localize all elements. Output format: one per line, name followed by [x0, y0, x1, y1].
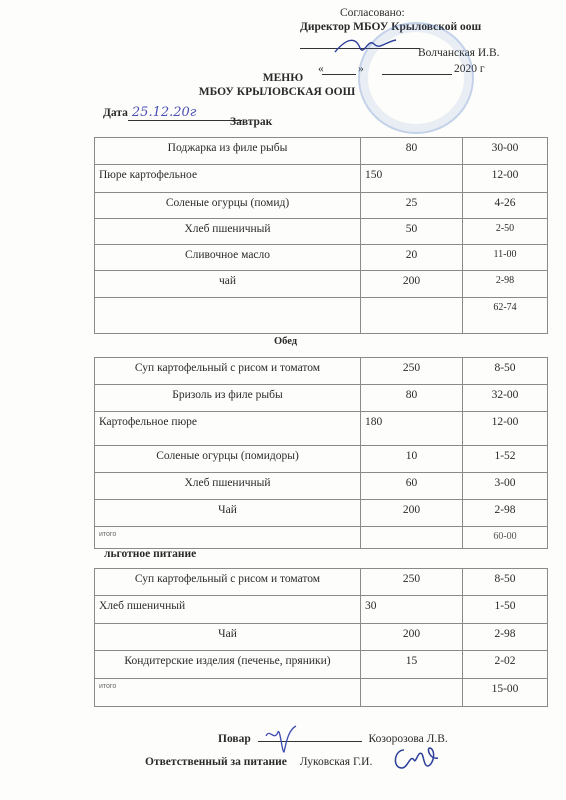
- table-row: Чай 200 2-98: [95, 500, 548, 527]
- dish-name: Соленые огурцы (помидоры): [95, 446, 361, 473]
- dish-price: 4-26: [463, 193, 548, 219]
- dish-price: 8-50: [463, 569, 548, 596]
- dish-qty: 80: [361, 138, 463, 165]
- dish-price: 2-98: [463, 271, 548, 298]
- responsible-signature-icon: [390, 744, 442, 774]
- dish-name: Суп картофельный с рисом и томатом: [95, 358, 361, 385]
- dish-qty: 10: [361, 446, 463, 473]
- dish-qty: 200: [361, 271, 463, 298]
- dish-qty: 80: [361, 385, 463, 412]
- breakfast-title: Завтрак: [230, 116, 272, 128]
- total-label: итого: [95, 527, 361, 549]
- table-row: чай 200 2-98: [95, 271, 548, 298]
- dish-qty: 25: [361, 193, 463, 219]
- dish-name: Сливочное масло: [95, 245, 361, 271]
- dish-name: [95, 298, 361, 334]
- dish-name: Чай: [95, 624, 361, 651]
- dish-qty: 200: [361, 500, 463, 527]
- dish-qty: [361, 527, 463, 549]
- total-price: 60-00: [463, 527, 548, 549]
- table-row: Пюре картофельное 150 12-00: [95, 165, 548, 193]
- dish-price: 2-02: [463, 651, 548, 679]
- date-row: Дата25.12.20г: [103, 105, 242, 121]
- dish-qty: 250: [361, 358, 463, 385]
- menu-title: МЕНЮ: [0, 72, 566, 84]
- table-row: Хлеб пшеничный 30 1-50: [95, 596, 548, 624]
- dish-name: Хлеб пшеничный: [95, 219, 361, 245]
- table-row: Поджарка из филе рыбы 80 30-00: [95, 138, 548, 165]
- approval-title: Согласовано:: [340, 6, 405, 20]
- dish-name: Чай: [95, 500, 361, 527]
- dish-price: 2-50: [463, 219, 548, 245]
- dish-qty: [361, 679, 463, 707]
- table-row: Хлеб пшеничный 50 2-50: [95, 219, 548, 245]
- dish-qty: 150: [361, 165, 463, 193]
- dish-name: Пюре картофельное: [95, 165, 361, 193]
- dish-price: 3-00: [463, 473, 548, 500]
- dish-qty: 200: [361, 624, 463, 651]
- subsidized-table: Суп картофельный с рисом и томатом 250 8…: [94, 568, 548, 707]
- dish-name: чай: [95, 271, 361, 298]
- subsidized-title: льготное питание: [104, 548, 196, 560]
- dish-price: 8-50: [463, 358, 548, 385]
- table-row: Чай 200 2-98: [95, 624, 548, 651]
- table-row: Кондитерские изделия (печенье, пряники) …: [95, 651, 548, 679]
- total-price: 15-00: [463, 679, 548, 707]
- table-row: Соленые огурцы (помидоры) 10 1-52: [95, 446, 548, 473]
- responsible-label: Ответственный за питание: [145, 756, 287, 768]
- dish-qty: 50: [361, 219, 463, 245]
- dish-price: 12-00: [463, 165, 548, 193]
- dish-qty: 20: [361, 245, 463, 271]
- table-row: Картофельное пюре 180 12-00: [95, 412, 548, 446]
- total-label: итого: [95, 679, 361, 707]
- dish-price: 2-98: [463, 624, 548, 651]
- dish-qty: 30: [361, 596, 463, 624]
- dish-price: 11-00: [463, 245, 548, 271]
- table-row-total: 62-74: [95, 298, 548, 334]
- responsible-name: Луковская Г.И.: [300, 756, 373, 768]
- dish-price: 2-98: [463, 500, 548, 527]
- dish-price: 30-00: [463, 138, 548, 165]
- dish-name: Бризоль из филе рыбы: [95, 385, 361, 412]
- table-row: Хлеб пшеничный 60 3-00: [95, 473, 548, 500]
- table-row: Соленые огурцы (помид) 25 4-26: [95, 193, 548, 219]
- dish-price: 1-50: [463, 596, 548, 624]
- table-row-total: итого 60-00: [95, 527, 548, 549]
- cook-label: Повар: [218, 733, 251, 745]
- director-signature-icon: [330, 30, 400, 60]
- dish-name: Соленые огурцы (помид): [95, 193, 361, 219]
- breakfast-table: Поджарка из филе рыбы 80 30-00 Пюре карт…: [94, 137, 548, 334]
- dish-qty: 180: [361, 412, 463, 446]
- school-name: МБОУ КРЫЛОВСКАЯ ООШ: [0, 86, 560, 98]
- dish-price: 1-52: [463, 446, 548, 473]
- dish-name: Картофельное пюре: [95, 412, 361, 446]
- dish-qty: 250: [361, 569, 463, 596]
- dish-name: Суп картофельный с рисом и томатом: [95, 569, 361, 596]
- date-label: Дата: [103, 107, 128, 119]
- dish-price: 32-00: [463, 385, 548, 412]
- table-row: Суп картофельный с рисом и томатом 250 8…: [95, 569, 548, 596]
- dish-qty: 15: [361, 651, 463, 679]
- dish-price: 12-00: [463, 412, 548, 446]
- table-row: Сливочное масло 20 11-00: [95, 245, 548, 271]
- date-value: 25.12.20г: [128, 105, 242, 121]
- table-row-total: итого 15-00: [95, 679, 548, 707]
- dish-name: Хлеб пшеничный: [95, 596, 361, 624]
- dish-name: Кондитерские изделия (печенье, пряники): [95, 651, 361, 679]
- dish-qty: 60: [361, 473, 463, 500]
- table-row: Суп картофельный с рисом и томатом 250 8…: [95, 358, 548, 385]
- dish-name: Поджарка из филе рыбы: [95, 138, 361, 165]
- lunch-title: Обед: [274, 336, 297, 347]
- cook-signature-icon: [262, 722, 302, 756]
- lunch-table: Суп картофельный с рисом и томатом 250 8…: [94, 357, 548, 549]
- responsible-row: Ответственный за питание Луковская Г.И.: [145, 756, 372, 768]
- total-price: 62-74: [463, 298, 548, 334]
- table-row: Бризоль из филе рыбы 80 32-00: [95, 385, 548, 412]
- dish-name: Хлеб пшеничный: [95, 473, 361, 500]
- dish-qty: [361, 298, 463, 334]
